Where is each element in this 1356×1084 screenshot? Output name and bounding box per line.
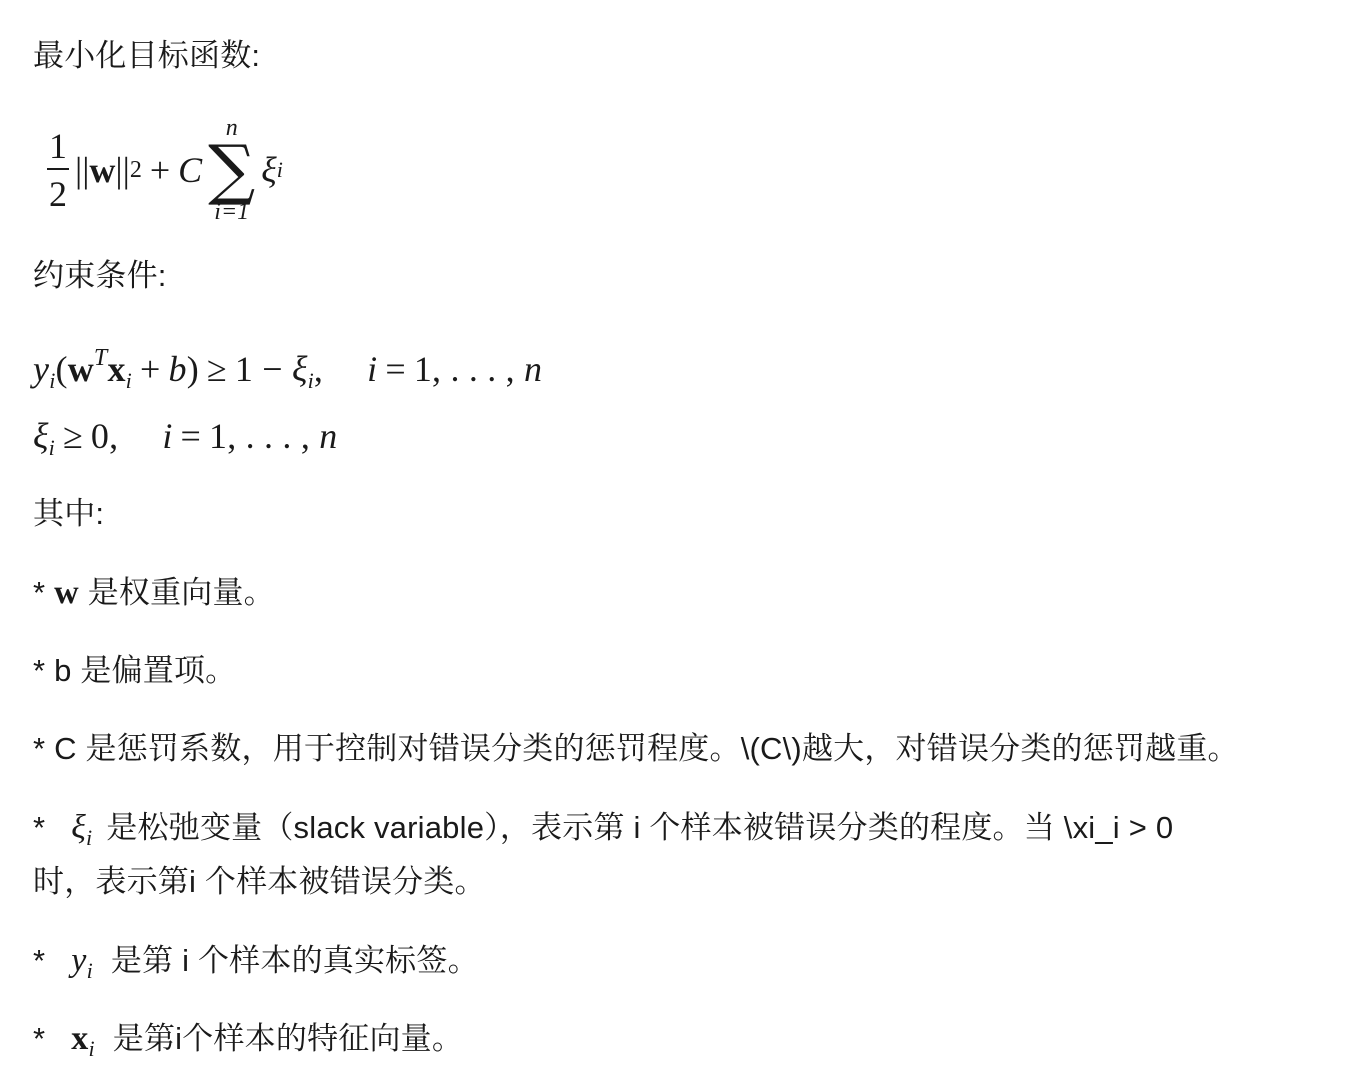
rhs-value: 0,	[91, 416, 118, 456]
close-paren: )	[187, 349, 199, 389]
fraction-numerator: 1	[47, 128, 69, 168]
bullet-text: C 是惩罚系数，用于控制对错误分类的惩罚程度。\(C\)越大，对错误分类的惩罚越…	[54, 731, 1239, 766]
geq-operator: ≥	[55, 416, 91, 456]
n-symbol: n	[524, 349, 542, 389]
bullet-label: *yi是第 i 个样本的真实标签。	[33, 941, 479, 991]
bullet-weight: * w 是权重向量。	[33, 573, 275, 613]
index-symbol: i	[162, 416, 172, 456]
comma: ,	[314, 349, 323, 389]
bullet-penalty: * C 是惩罚系数，用于控制对错误分类的惩罚程度。\(C\)越大，对错误分类的惩…	[33, 729, 1239, 769]
constraint-nonneg: ξi≥0,i=1, . . . , n	[33, 416, 337, 468]
slack-symbol: ξ	[33, 416, 49, 456]
slack-symbol: ξ	[292, 349, 308, 389]
constraint-margin: yi(wTxi+b)≥1 − ξi,i=1, . . . , n	[33, 338, 542, 401]
bullet-bias: * b 是偏置项。	[33, 651, 236, 691]
n-symbol: n	[319, 416, 337, 456]
bullet-star: *	[33, 653, 45, 688]
geq-operator: ≥	[199, 349, 235, 389]
equals-operator: =	[377, 349, 414, 389]
index-range: 1, . . . ,	[414, 349, 524, 389]
bullet-text: 是第 i 个样本的真实标签。	[111, 943, 479, 978]
where-heading: 其中:	[33, 494, 104, 534]
sum-lower-limit: i=1	[214, 200, 249, 224]
norm-power: 2	[130, 157, 142, 184]
plus-operator: +	[142, 149, 178, 191]
transpose-superscript: T	[94, 345, 108, 371]
norm-right: ||	[115, 149, 129, 191]
bullet-star: *	[33, 943, 45, 978]
equals-operator: =	[173, 416, 210, 456]
fraction-denominator: 2	[49, 170, 67, 212]
slack-subscript: i	[86, 825, 92, 850]
feature-subscript: i	[88, 1036, 94, 1061]
label-subscript: i	[87, 958, 93, 983]
label-symbol: y	[33, 349, 49, 389]
slack-subscript: i	[49, 435, 55, 460]
constraints-heading: 约束条件:	[33, 256, 167, 296]
objective-formula: 1 2 || w || 2 + C n ∑ i=1 ξi	[47, 110, 283, 230]
sigma-icon: ∑	[208, 140, 255, 200]
bullet-star: *	[33, 810, 45, 845]
fraction-one-half: 1 2	[47, 128, 69, 212]
slack-symbol: ξ	[261, 149, 276, 191]
weight-symbol: w	[54, 574, 79, 611]
weight-symbol: w	[68, 349, 94, 389]
bias-symbol: b	[169, 349, 187, 389]
bullet-text: b 是偏置项。	[54, 653, 236, 688]
bullet-text: 是第i个样本的特征向量。	[113, 1021, 463, 1056]
bullet-slack-continued: 时，表示第i 个样本被错误分类。	[33, 862, 486, 902]
bullet-text-line1: 是松弛变量（slack variable），表示第 i 个样本被错误分类的程度。…	[106, 810, 1173, 845]
feature-symbol: x	[107, 349, 125, 389]
label-symbol: y	[71, 942, 86, 979]
summation: n ∑ i=1	[208, 116, 255, 224]
bullet-feature: *xi是第i个样本的特征向量。	[33, 1019, 463, 1069]
bullet-star: *	[33, 1021, 45, 1056]
plus-operator: +	[132, 349, 169, 389]
open-paren: (	[56, 349, 68, 389]
objective-heading: 最小化目标函数:	[33, 36, 260, 76]
index-symbol: i	[367, 349, 377, 389]
weight-vector-symbol: w	[89, 149, 115, 191]
slack-subscript: i	[277, 157, 283, 183]
rhs-value: 1 −	[235, 349, 292, 389]
feature-symbol: x	[71, 1020, 88, 1057]
norm-left: ||	[75, 149, 89, 191]
index-range: 1, . . . ,	[209, 416, 319, 456]
bullet-text: 是权重向量。	[88, 575, 275, 610]
penalty-coef: C	[178, 149, 202, 191]
bullet-slack: *ξi是松弛变量（slack variable），表示第 i 个样本被错误分类的…	[33, 808, 1173, 858]
slack-symbol: ξ	[71, 809, 86, 846]
bullet-star: *	[33, 575, 45, 610]
bullet-star: *	[33, 731, 45, 766]
